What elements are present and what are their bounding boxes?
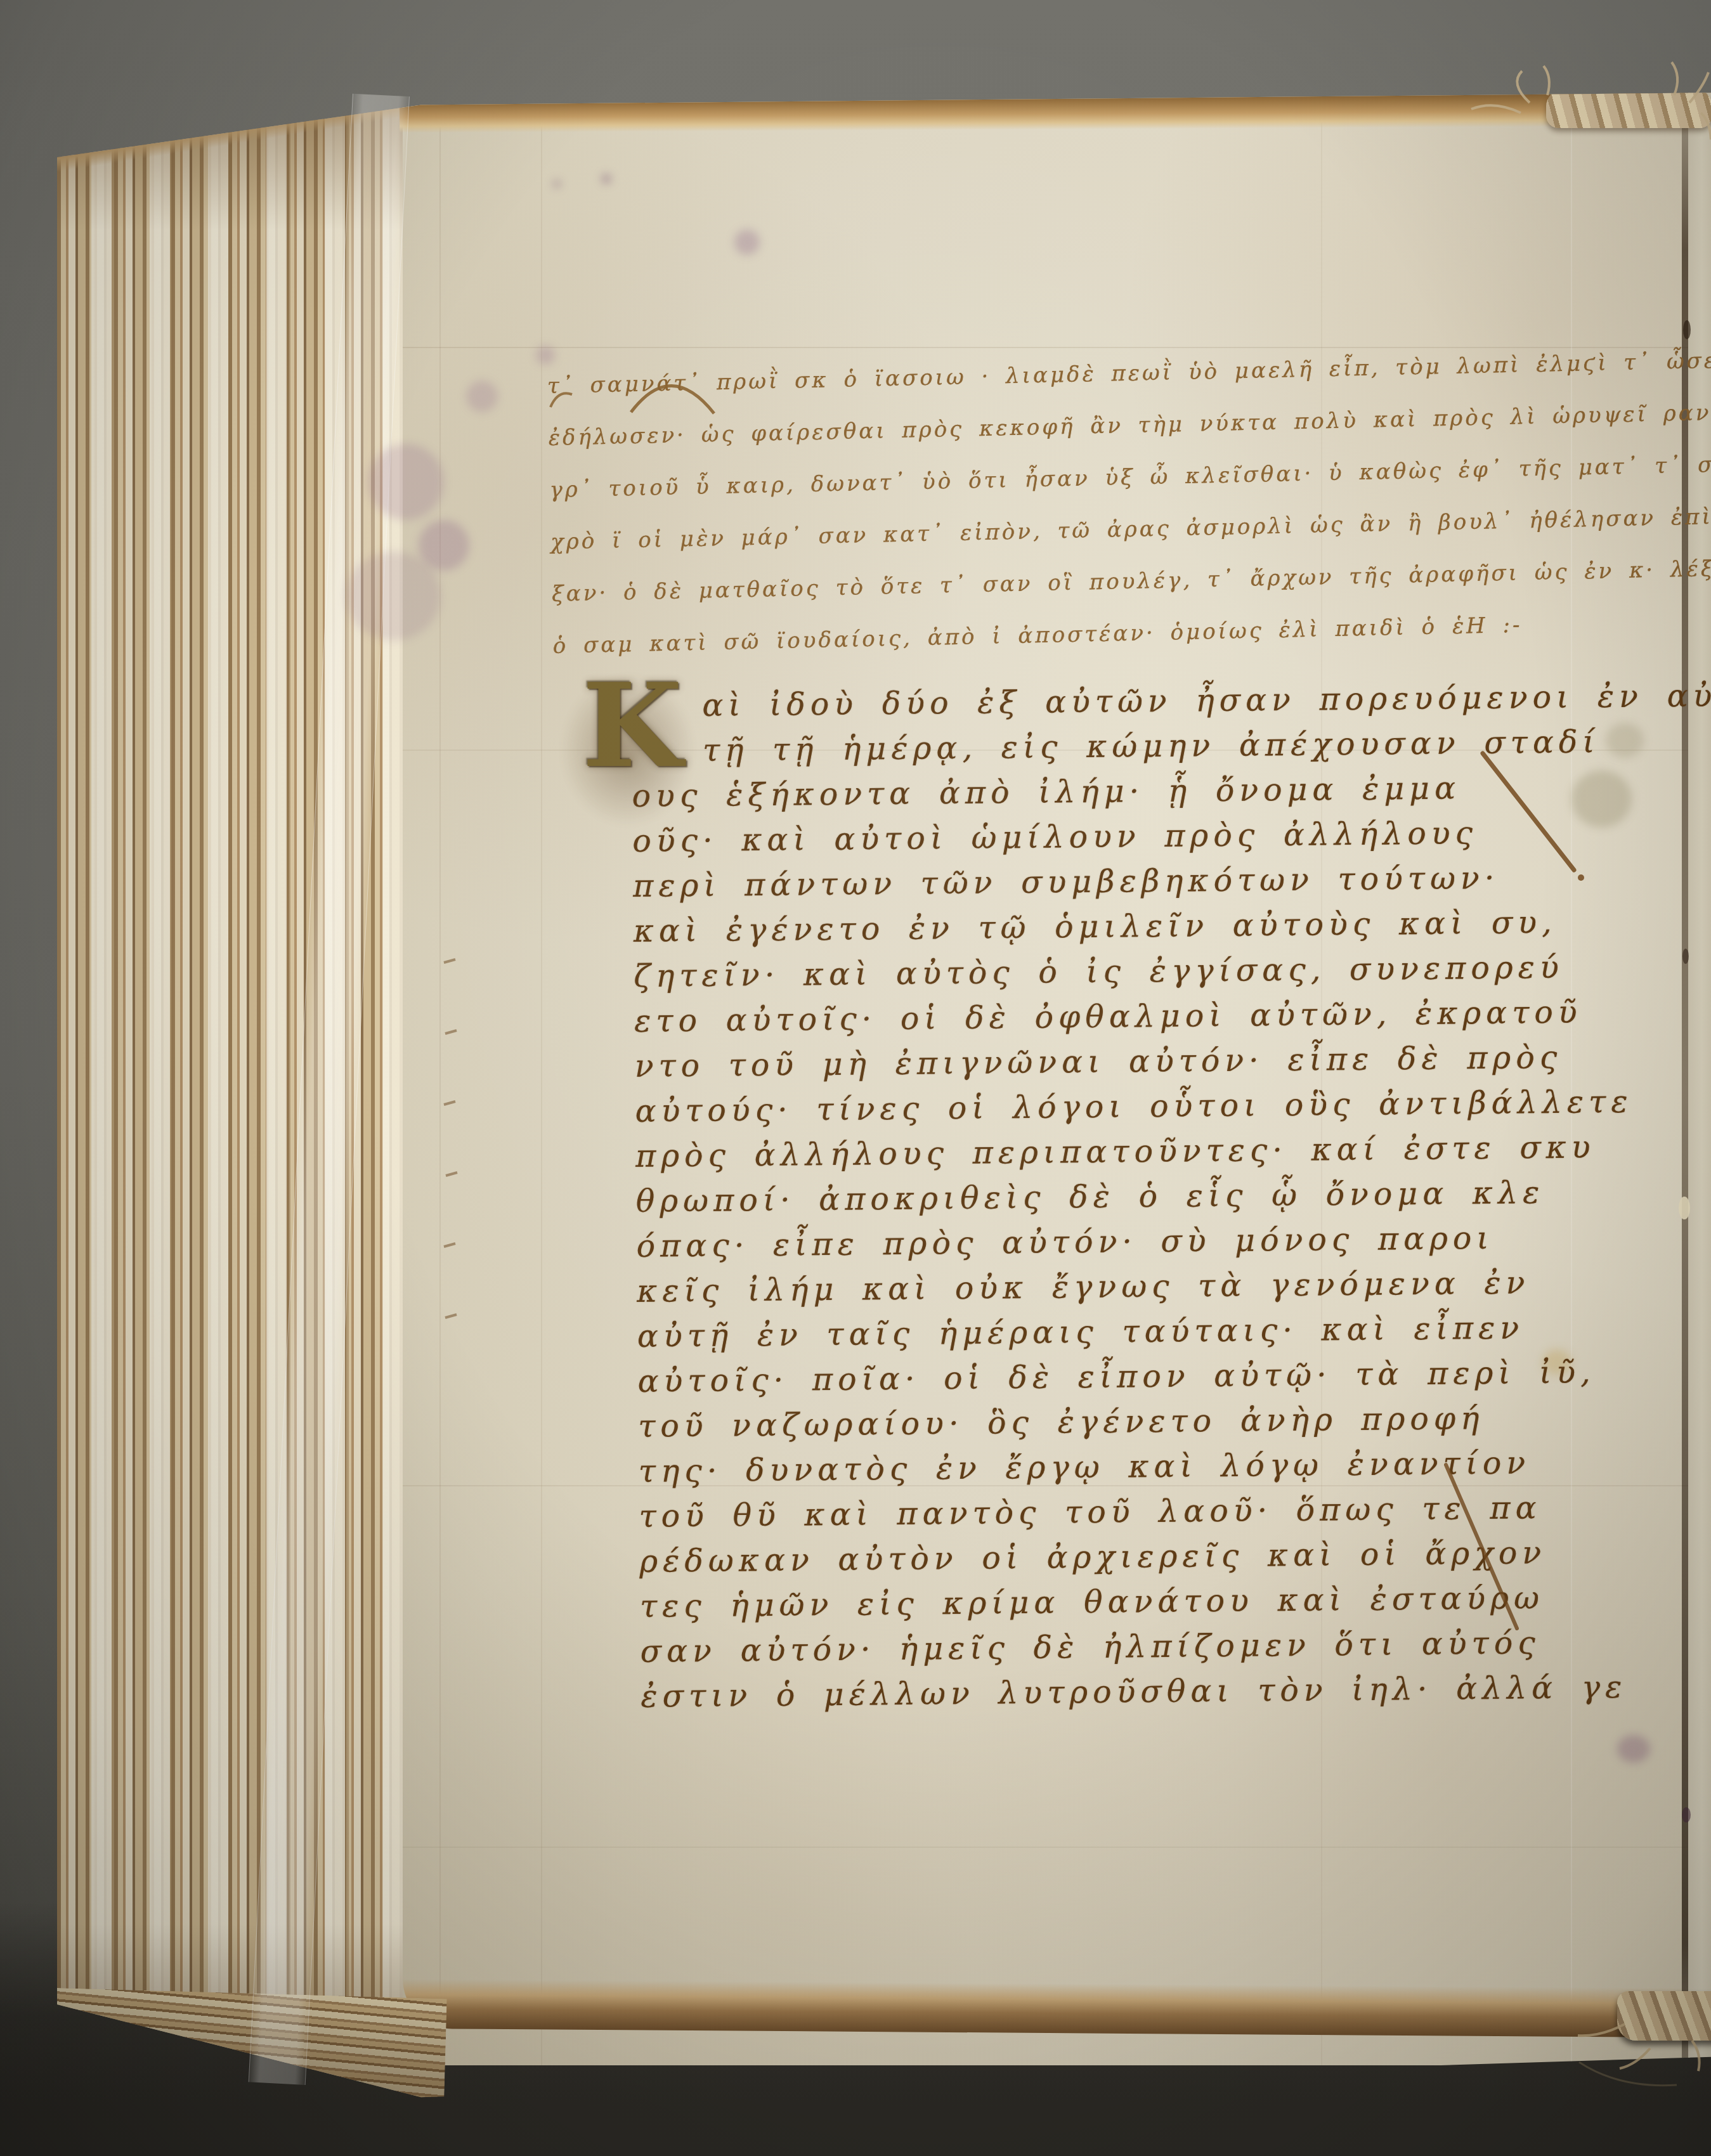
purple-stain xyxy=(368,444,444,520)
header-note-block: τ᾽ σαμνάτ᾽ πρωῒ σκ ὁ ϊασοιω · λιαμδὲ πεω… xyxy=(547,331,1711,672)
ruling-line xyxy=(439,90,441,2065)
purple-stain xyxy=(346,552,441,640)
browned-bottom-edge xyxy=(403,1979,1691,2037)
purple-stain xyxy=(466,380,498,412)
headband-rope xyxy=(1546,89,1711,128)
manuscript-photo: τ᾽ σαμνάτ᾽ πρωῒ σκ ὁ ϊασοιω · λιαμδὲ πεω… xyxy=(0,0,1711,2156)
purple-stain xyxy=(734,230,760,255)
fold-crease xyxy=(403,1847,1690,1848)
purple-stain xyxy=(1617,1735,1650,1763)
gospel-text-block: αὶ ἰδοὺ δύο ἐξ αὐτῶν ἦσαν πορευόμενοι ἐν… xyxy=(631,673,1711,1719)
purple-stain xyxy=(601,174,611,184)
ruling-line xyxy=(541,90,542,2065)
illuminated-initial: Κ xyxy=(582,671,682,780)
purple-stain xyxy=(419,520,469,571)
tailband-rope xyxy=(1617,1991,1711,2041)
purple-stain xyxy=(553,180,561,188)
browned-top-edge xyxy=(400,86,1711,133)
